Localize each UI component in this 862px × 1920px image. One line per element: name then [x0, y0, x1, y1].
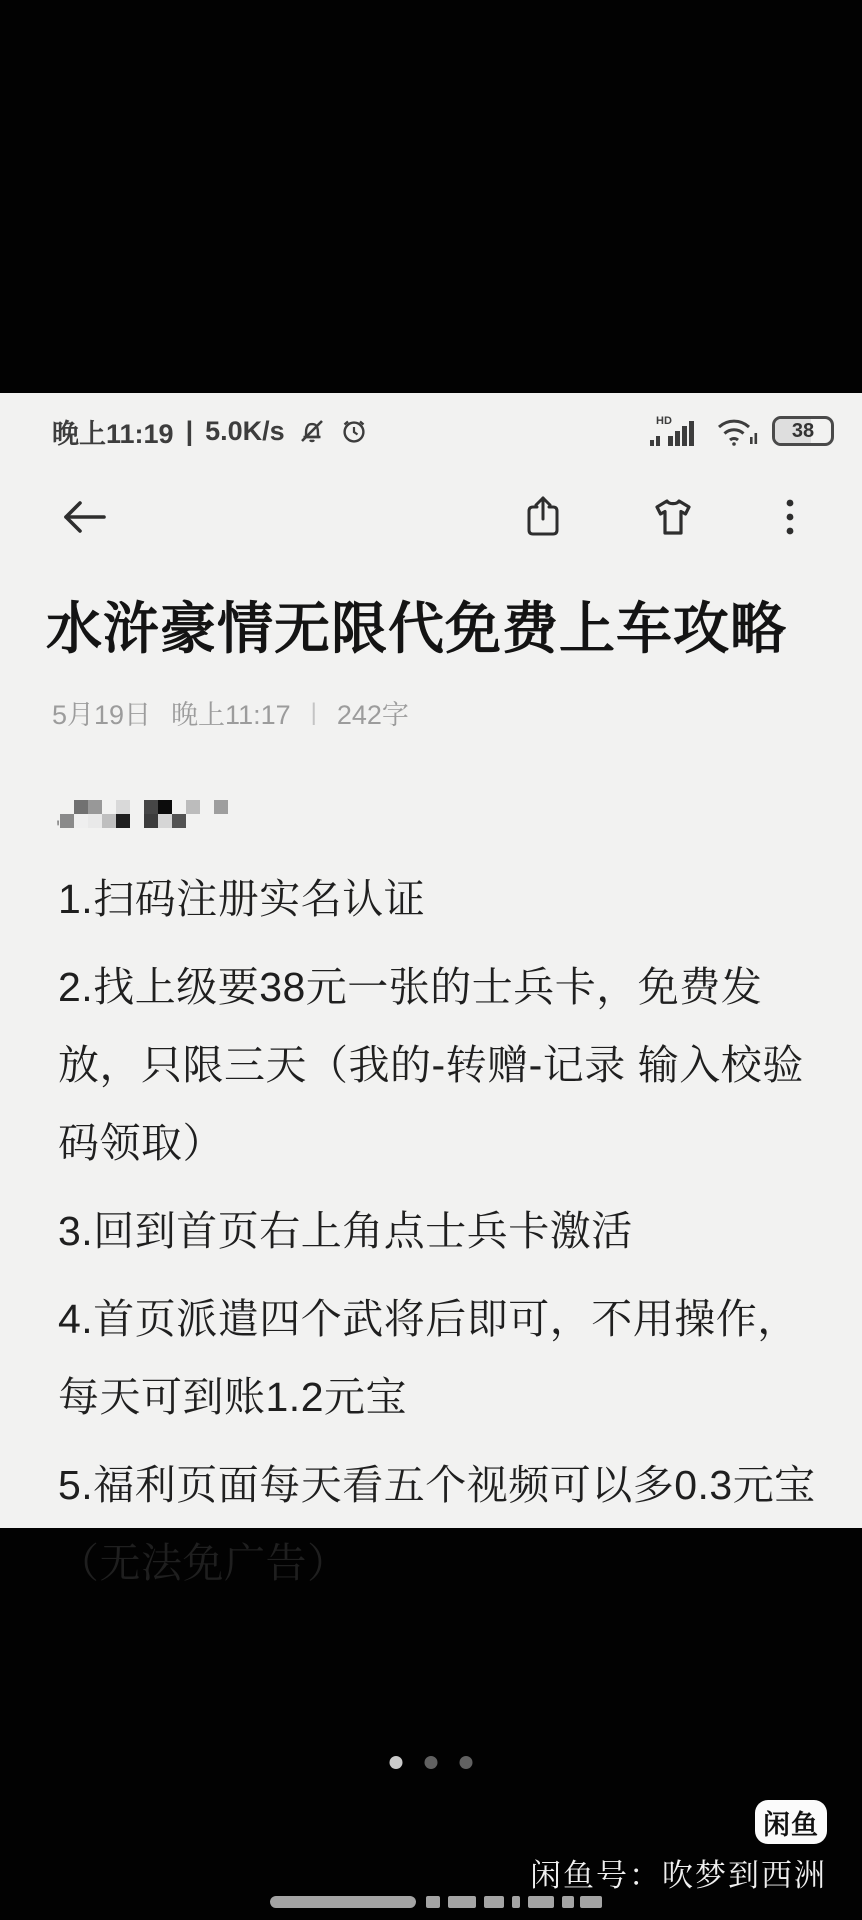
carousel-dot[interactable] [425, 1756, 438, 1769]
xianyu-logo-badge: 闲鱼 [755, 1800, 827, 1844]
note-screenshot-card: 晚上11:19 | 5.0K/s [0, 393, 862, 1528]
pixelated-mosaic [60, 800, 228, 828]
watermark-fragment [580, 1896, 602, 1908]
nav-bar [0, 489, 862, 545]
carousel-dot-active[interactable] [390, 1756, 403, 1769]
cutoff-watermark [0, 1893, 862, 1920]
share-button[interactable] [524, 495, 562, 539]
censored-name-block: '' [58, 784, 818, 842]
svg-text:HD: HD [656, 415, 672, 427]
note-body[interactable]: '' 1.扫码注册实名认证2.找上级要38元一张的士兵卡，免费发放，只限三天（我… [0, 784, 862, 1602]
note-date: 5月19日 [52, 693, 151, 732]
status-time: 晚上11:19 [52, 412, 174, 451]
note-paragraph: 5.福利页面每天看五个视频可以多0.3元宝（无法免广告） [58, 1446, 818, 1602]
battery-percent: 38 [792, 420, 814, 443]
note-paragraph: 1.扫码注册实名认证 [58, 860, 818, 938]
watermark-fragment [562, 1896, 574, 1908]
wifi-icon [714, 413, 758, 449]
watermark-fragment [426, 1896, 440, 1908]
note-paragraph: 3.回到首页右上角点士兵卡激活 [58, 1192, 818, 1270]
more-options-button[interactable] [784, 495, 796, 539]
page: { "status_bar": { "time": "晚上11:19", "se… [0, 0, 862, 1920]
status-net-speed: 5.0K/s [205, 416, 285, 447]
meta-divider: | [311, 699, 317, 727]
note-paragraphs: 1.扫码注册实名认证2.找上级要38元一张的士兵卡，免费发放，只限三天（我的-转… [58, 860, 818, 1602]
note-time: 晚上11:17 [171, 693, 291, 732]
back-button[interactable] [58, 497, 110, 537]
watermark-fragment [512, 1896, 520, 1908]
carousel-dot[interactable] [460, 1756, 473, 1769]
alarm-clock-icon [339, 416, 369, 446]
note-title: 水浒豪情无限代免费上车攻略 [0, 585, 862, 665]
status-bar: 晚上11:19 | 5.0K/s [0, 393, 862, 451]
watermark-fragment [528, 1896, 554, 1908]
xianyu-logo-text: 闲鱼 [763, 1803, 819, 1842]
watermark-fragment [270, 1896, 416, 1908]
clothes-theme-button[interactable] [650, 495, 696, 539]
note-meta: 5月19日 晚上11:17 | 242字 [0, 693, 862, 732]
battery-icon: 38 [772, 416, 828, 446]
status-separator: | [186, 416, 194, 447]
watermark-fragment [484, 1896, 504, 1908]
seller-id-label: 闲鱼号：吹梦到西洲 [530, 1850, 827, 1895]
carousel-page-dots[interactable] [390, 1756, 473, 1769]
watermark-fragment [448, 1896, 476, 1908]
signal-strength-icon: HD [648, 412, 700, 450]
note-paragraph: 4.首页派遣四个武将后即可，不用操作，每天可到账1.2元宝 [58, 1280, 818, 1436]
mute-bell-icon [297, 416, 327, 446]
note-paragraph: 2.找上级要38元一张的士兵卡，免费发放，只限三天（我的-转赠-记录 输入校验码… [58, 948, 818, 1182]
note-word-count: 242字 [337, 693, 409, 732]
